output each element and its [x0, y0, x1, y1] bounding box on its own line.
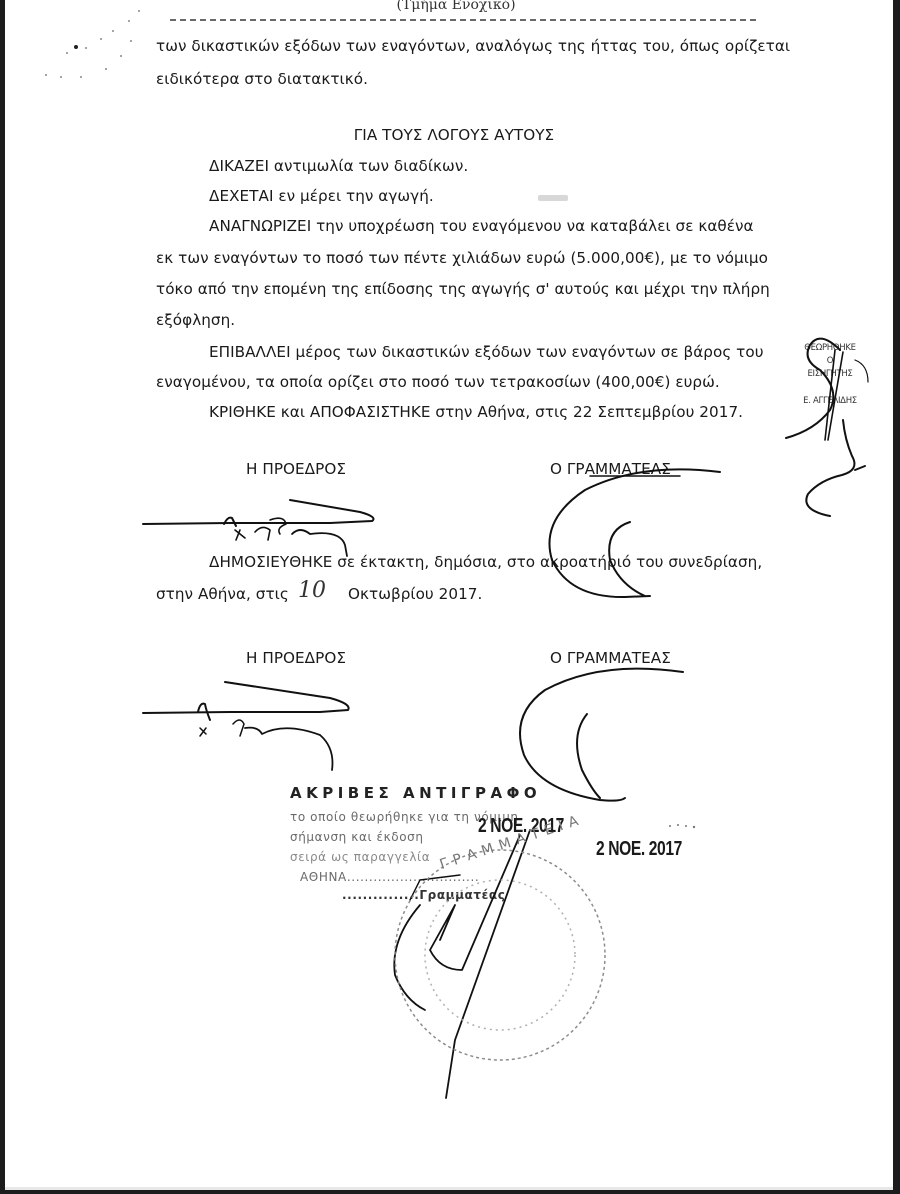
- ruling-accepts: ΔΕΧΕΤΑΙ εν μέρει την αγωγή.: [209, 187, 434, 205]
- ruling-trial: ΔΙΚΑΖΕΙ αντιμωλία των διαδίκων.: [209, 157, 468, 175]
- signature-label-president-2: Η ΠΡΟΕΔΡΟΣ: [246, 649, 346, 667]
- court-section-header: (Τμήμα Ενοχικό): [0, 0, 900, 13]
- section-name: (Τμήμα Ενοχικό): [396, 0, 515, 13]
- body-line: ειδικότερα στο διατακτικό.: [156, 70, 368, 88]
- margin-note-line: Ε. ΑΓΓΕΛΙΔΗΣ: [790, 395, 870, 408]
- ruling-recognizes-cont: τόκο από την επομένη της επίδοσης της αγ…: [156, 280, 770, 298]
- president-signature-1: [143, 500, 374, 556]
- ruling-recognizes-cont: εξόφληση.: [156, 311, 235, 329]
- decision-date-line: ΚΡΙΘΗΚΕ και ΑΠΟΦΑΣΙΣΤΗΚΕ στην Αθήνα, στι…: [209, 403, 743, 421]
- margin-note-line: ΘΕΩΡΗΘΗΚΕ: [790, 342, 870, 355]
- body-line: των δικαστικών εξόδων των εναγόντων, ανα…: [156, 37, 790, 55]
- publication-date-suffix: Οκτωβρίου 2017.: [348, 585, 482, 603]
- stamp-text-line: σειρά ως παραγγελία: [290, 850, 430, 864]
- scan-border-right: [893, 0, 900, 1194]
- ruling-recognizes-cont: εκ των εναγόντων το ποσό των πέντε χιλιά…: [156, 249, 768, 267]
- date-stamp: 2 ΝΟΕ. 2017: [478, 815, 564, 838]
- rapporteur-margin-note: ΘΕΩΡΗΘΗΚΕ Ο ΕΙΣΗΓΗΤΗΣ Ε. ΑΓΓΕΛΙΔΗΣ: [790, 342, 870, 408]
- ruling-imposes-costs: ΕΠΙΒΑΛΛΕΙ μέρος των δικαστικών εξόδων τω…: [209, 343, 764, 361]
- signature-label-secretary: Ο ΓΡΑΜΜΑΤΕΑΣ: [550, 460, 671, 478]
- margin-note-line: Ο: [790, 355, 870, 368]
- ruling-recognizes: ΑΝΑΓΝΩΡΙΖΕΙ την υποχρέωση του εναγόμενου…: [209, 217, 754, 235]
- stamp-text-line: σήμανση και έκδοση: [290, 830, 424, 844]
- date-stamp: 2 ΝΟΕ. 2017: [596, 838, 682, 861]
- signature-label-secretary-2: Ο ΓΡΑΜΜΑΤΕΑΣ: [550, 649, 671, 667]
- secretary-signature-1: [549, 469, 720, 597]
- scan-border-left: [0, 0, 5, 1194]
- president-signature-2: [143, 682, 349, 770]
- publication-date-prefix: στην Αθήνα, στις: [156, 585, 289, 603]
- scan-border-bottom: [0, 1190, 900, 1194]
- stamp-text-line: ΑΘΗΝΑ..............................: [300, 870, 479, 884]
- signature-label-president: Η ΠΡΟΕΔΡΟΣ: [246, 460, 346, 478]
- secretary-signature-2: [520, 669, 683, 801]
- publication-date-line: στην Αθήνα, στις: [156, 585, 289, 603]
- header-divider: [170, 19, 756, 21]
- operative-heading: ΓΙΑ ΤΟΥΣ ΛΟΓΟΥΣ ΑΥΤΟΥΣ: [0, 126, 900, 144]
- handwritten-day: 10: [298, 578, 326, 603]
- certified-copy-stamp-title: ΑΚΡΙΒΕΣ ΑΝΤΙΓΡΑΦΟ: [290, 784, 541, 802]
- margin-note-line: ΕΙΣΗΓΗΤΗΣ: [790, 368, 870, 381]
- stamp-text-line: ...............Γραμματέας: [342, 888, 505, 902]
- ruling-imposes-costs-cont: εναγομένου, τα οποία ορίζει στο ποσό των…: [156, 373, 720, 391]
- publication-line: ΔΗΜΟΣΙΕΥΘΗΚΕ σε έκτακτη, δημόσια, στο ακ…: [209, 553, 762, 571]
